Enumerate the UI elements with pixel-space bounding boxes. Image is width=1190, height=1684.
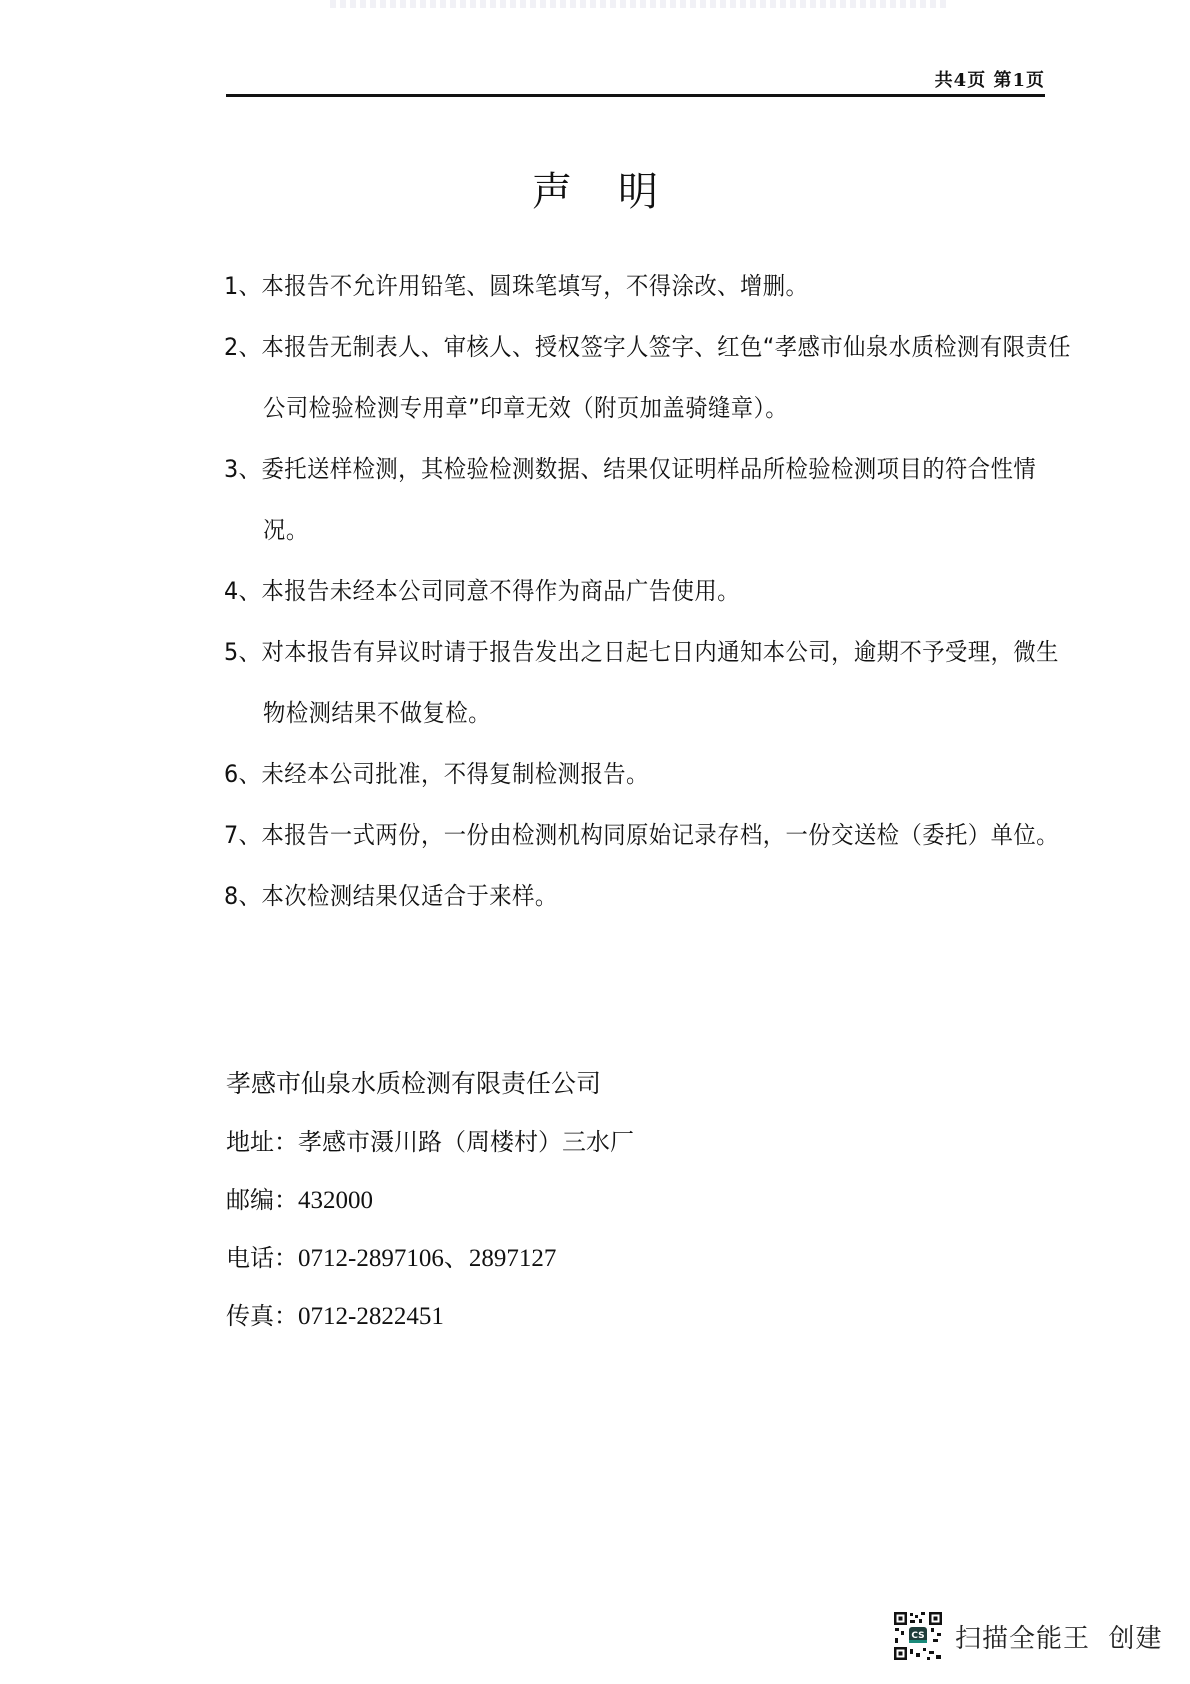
company-postcode: 邮编：432000 [226,1171,826,1229]
bleed-through-text [330,0,950,8]
clause-text: 本报告不允许用铅笔、圆珠笔填写，不得涂改、增删。 [261,272,808,300]
clause-text: 本报告无制表人、审核人、授权签字人签字、红色“孝感市仙泉水质检测有限责任公司检验… [261,333,1071,422]
clause-number: 8、 [224,866,261,927]
scanner-text: 扫描全能王 创建 [955,1618,1163,1655]
address-label: 地址： [226,1128,298,1156]
clause-number: 2、 [224,317,261,378]
postcode-value: 432000 [298,1187,373,1214]
declaration-clauses: 1、本报告不允许用铅笔、圆珠笔填写，不得涂改、增删。 2、本报告无制表人、审核人… [224,256,1054,927]
clause-number: 5、 [224,622,261,683]
company-address: 地址：孝感市滠川路（周楼村）三水厂 [226,1113,826,1171]
document-title: 声明 [0,160,1190,217]
fax-label: 传真： [226,1302,298,1330]
clause-number: 1、 [224,256,261,317]
clause-item: 3、委托送样检测，其检验检测数据、结果仅证明样品所检验检测项目的符合性情况。 [224,439,1081,561]
clause-text: 本次检测结果仅适合于来样。 [261,882,557,910]
header-rule [226,94,1045,97]
clause-text: 本报告一式两份，一份由检测机构同原始记录存档，一份交送检（委托）单位。 [261,821,1058,849]
company-info: 孝感市仙泉水质检测有限责任公司 地址：孝感市滠川路（周楼村）三水厂 邮编：432… [226,1055,826,1345]
phone-label: 电话： [226,1244,298,1272]
clause-item: 1、本报告不允许用铅笔、圆珠笔填写，不得涂改、增删。 [224,256,1081,317]
svg-text:CS: CS [911,1631,924,1641]
clause-item: 6、未经本公司批准，不得复制检测报告。 [224,744,1081,805]
clause-item: 5、对本报告有异议时请于报告发出之日起七日内通知本公司，逾期不予受理，微生物检测… [224,622,1081,744]
clause-text: 未经本公司批准，不得复制检测报告。 [261,760,648,788]
postcode-label: 邮编： [226,1186,298,1214]
clause-number: 6、 [224,744,261,805]
clause-item: 7、本报告一式两份，一份由检测机构同原始记录存档，一份交送检（委托）单位。 [224,805,1081,866]
phone-value: 0712-2897106、2897127 [298,1245,556,1272]
clause-text: 委托送样检测，其检验检测数据、结果仅证明样品所检验检测项目的符合性情况。 [261,455,1036,544]
clause-text: 对本报告有异议时请于报告发出之日起七日内通知本公司，逾期不予受理，微生物检测结果… [261,638,1058,727]
company-phone: 电话：0712-2897106、2897127 [226,1229,826,1287]
clause-item: 4、本报告未经本公司同意不得作为商品广告使用。 [224,561,1081,622]
clause-number: 3、 [224,439,261,500]
company-fax: 传真：0712-2822451 [226,1287,826,1345]
page-header: 共4页 第1页 [226,66,1045,96]
clause-number: 4、 [224,561,261,622]
address-value: 孝感市滠川路（周楼村）三水厂 [298,1128,634,1156]
fax-value: 0712-2822451 [298,1303,444,1330]
scanner-watermark: CS 扫描全能王 创建 [893,1612,1163,1660]
clause-number: 7、 [224,805,261,866]
clause-item: 8、本次检测结果仅适合于来样。 [224,866,1081,927]
clause-text: 本报告未经本公司同意不得作为商品广告使用。 [261,577,739,605]
company-name: 孝感市仙泉水质检测有限责任公司 [226,1055,826,1113]
page-counter: 共4页 第1页 [935,66,1045,92]
clause-item: 2、本报告无制表人、审核人、授权签字人签字、红色“孝感市仙泉水质检测有限责任公司… [224,317,1081,439]
qr-code-icon: CS [893,1611,943,1661]
